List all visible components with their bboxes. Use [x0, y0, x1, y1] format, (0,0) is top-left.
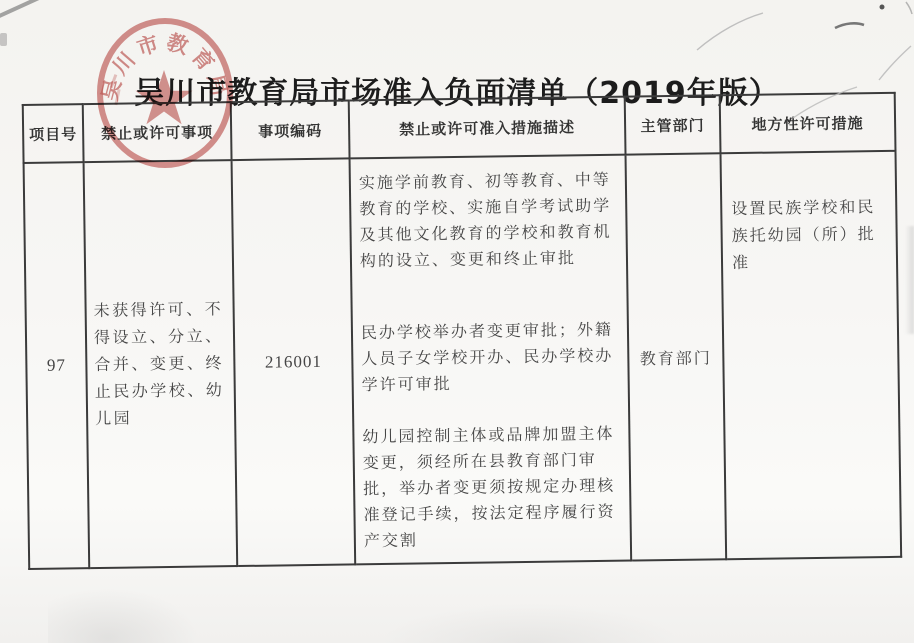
negative-list-table: 项目号 禁止或许可事项 事项编码 禁止或许可准入措施描述 主管部门 地方性许可措… — [22, 92, 902, 570]
header-item-code: 事项编码 — [231, 100, 350, 160]
prohibited-item-text: 未获得许可、不得设立、分立、合并、变更、终止民办学校、幼儿园 — [93, 296, 229, 433]
pencil-scratch — [697, 13, 763, 50]
corner-fold-mark — [0, 0, 41, 17]
scanned-document-sheet: 吴川市教育局市场准入负面清单（2019年版） 吴川市教育局 — [0, 0, 914, 643]
bottom-shadow-smudge — [48, 588, 198, 643]
pen-dash-mark — [835, 23, 864, 28]
header-department: 主管部门 — [625, 95, 721, 154]
cell-item-code: 216001 — [232, 158, 356, 566]
cell-measure-description: 实施学前教育、初等教育、中等教育的学校、实施自学考试助学及其他文化教育的学校和教… — [350, 155, 632, 565]
table-row: 97 未获得许可、不得设立、分立、合并、变更、终止民办学校、幼儿园 216001… — [24, 151, 902, 569]
negative-list-table-wrap: 项目号 禁止或许可事项 事项编码 禁止或许可准入措施描述 主管部门 地方性许可措… — [22, 92, 902, 570]
header-local-measures: 地方性许可措施 — [720, 93, 896, 153]
measure-paragraph-2: 民办学校举办者变更审批；外籍人员子女学校开办、民办学校办学许可审批 — [361, 318, 622, 400]
paper-edge-shadow — [905, 226, 914, 334]
pencil-scratch — [906, 2, 912, 14]
bottom-shadow-smudge — [380, 603, 680, 643]
header-item-no: 项目号 — [23, 104, 84, 163]
measure-paragraph-1: 实施学前教育、初等教育、中等教育的学校、实施自学考试助学及其他文化教育的学校和教… — [359, 168, 620, 276]
local-measures-text: 设置民族学校和民族托幼园（所）批准 — [731, 194, 890, 277]
edge-smudge-mark — [0, 33, 7, 46]
cell-local-measures: 设置民族学校和民族托幼园（所）批准 — [721, 151, 902, 559]
measure-paragraph-3: 幼儿园控制主体或品牌加盟主体变更，须经所在县教育部门审批，举办者变更须按规定办理… — [362, 422, 624, 556]
header-measure-description: 禁止或许可准入措施描述 — [349, 97, 626, 159]
cell-department: 教育部门 — [626, 153, 727, 560]
header-prohibited-item: 禁止或许可事项 — [83, 102, 232, 162]
ink-dot-mark — [880, 5, 885, 10]
cell-prohibited-item: 未获得许可、不得设立、分立、合并、变更、终止民办学校、幼儿园 — [84, 160, 238, 568]
cell-item-no: 97 — [24, 162, 90, 569]
